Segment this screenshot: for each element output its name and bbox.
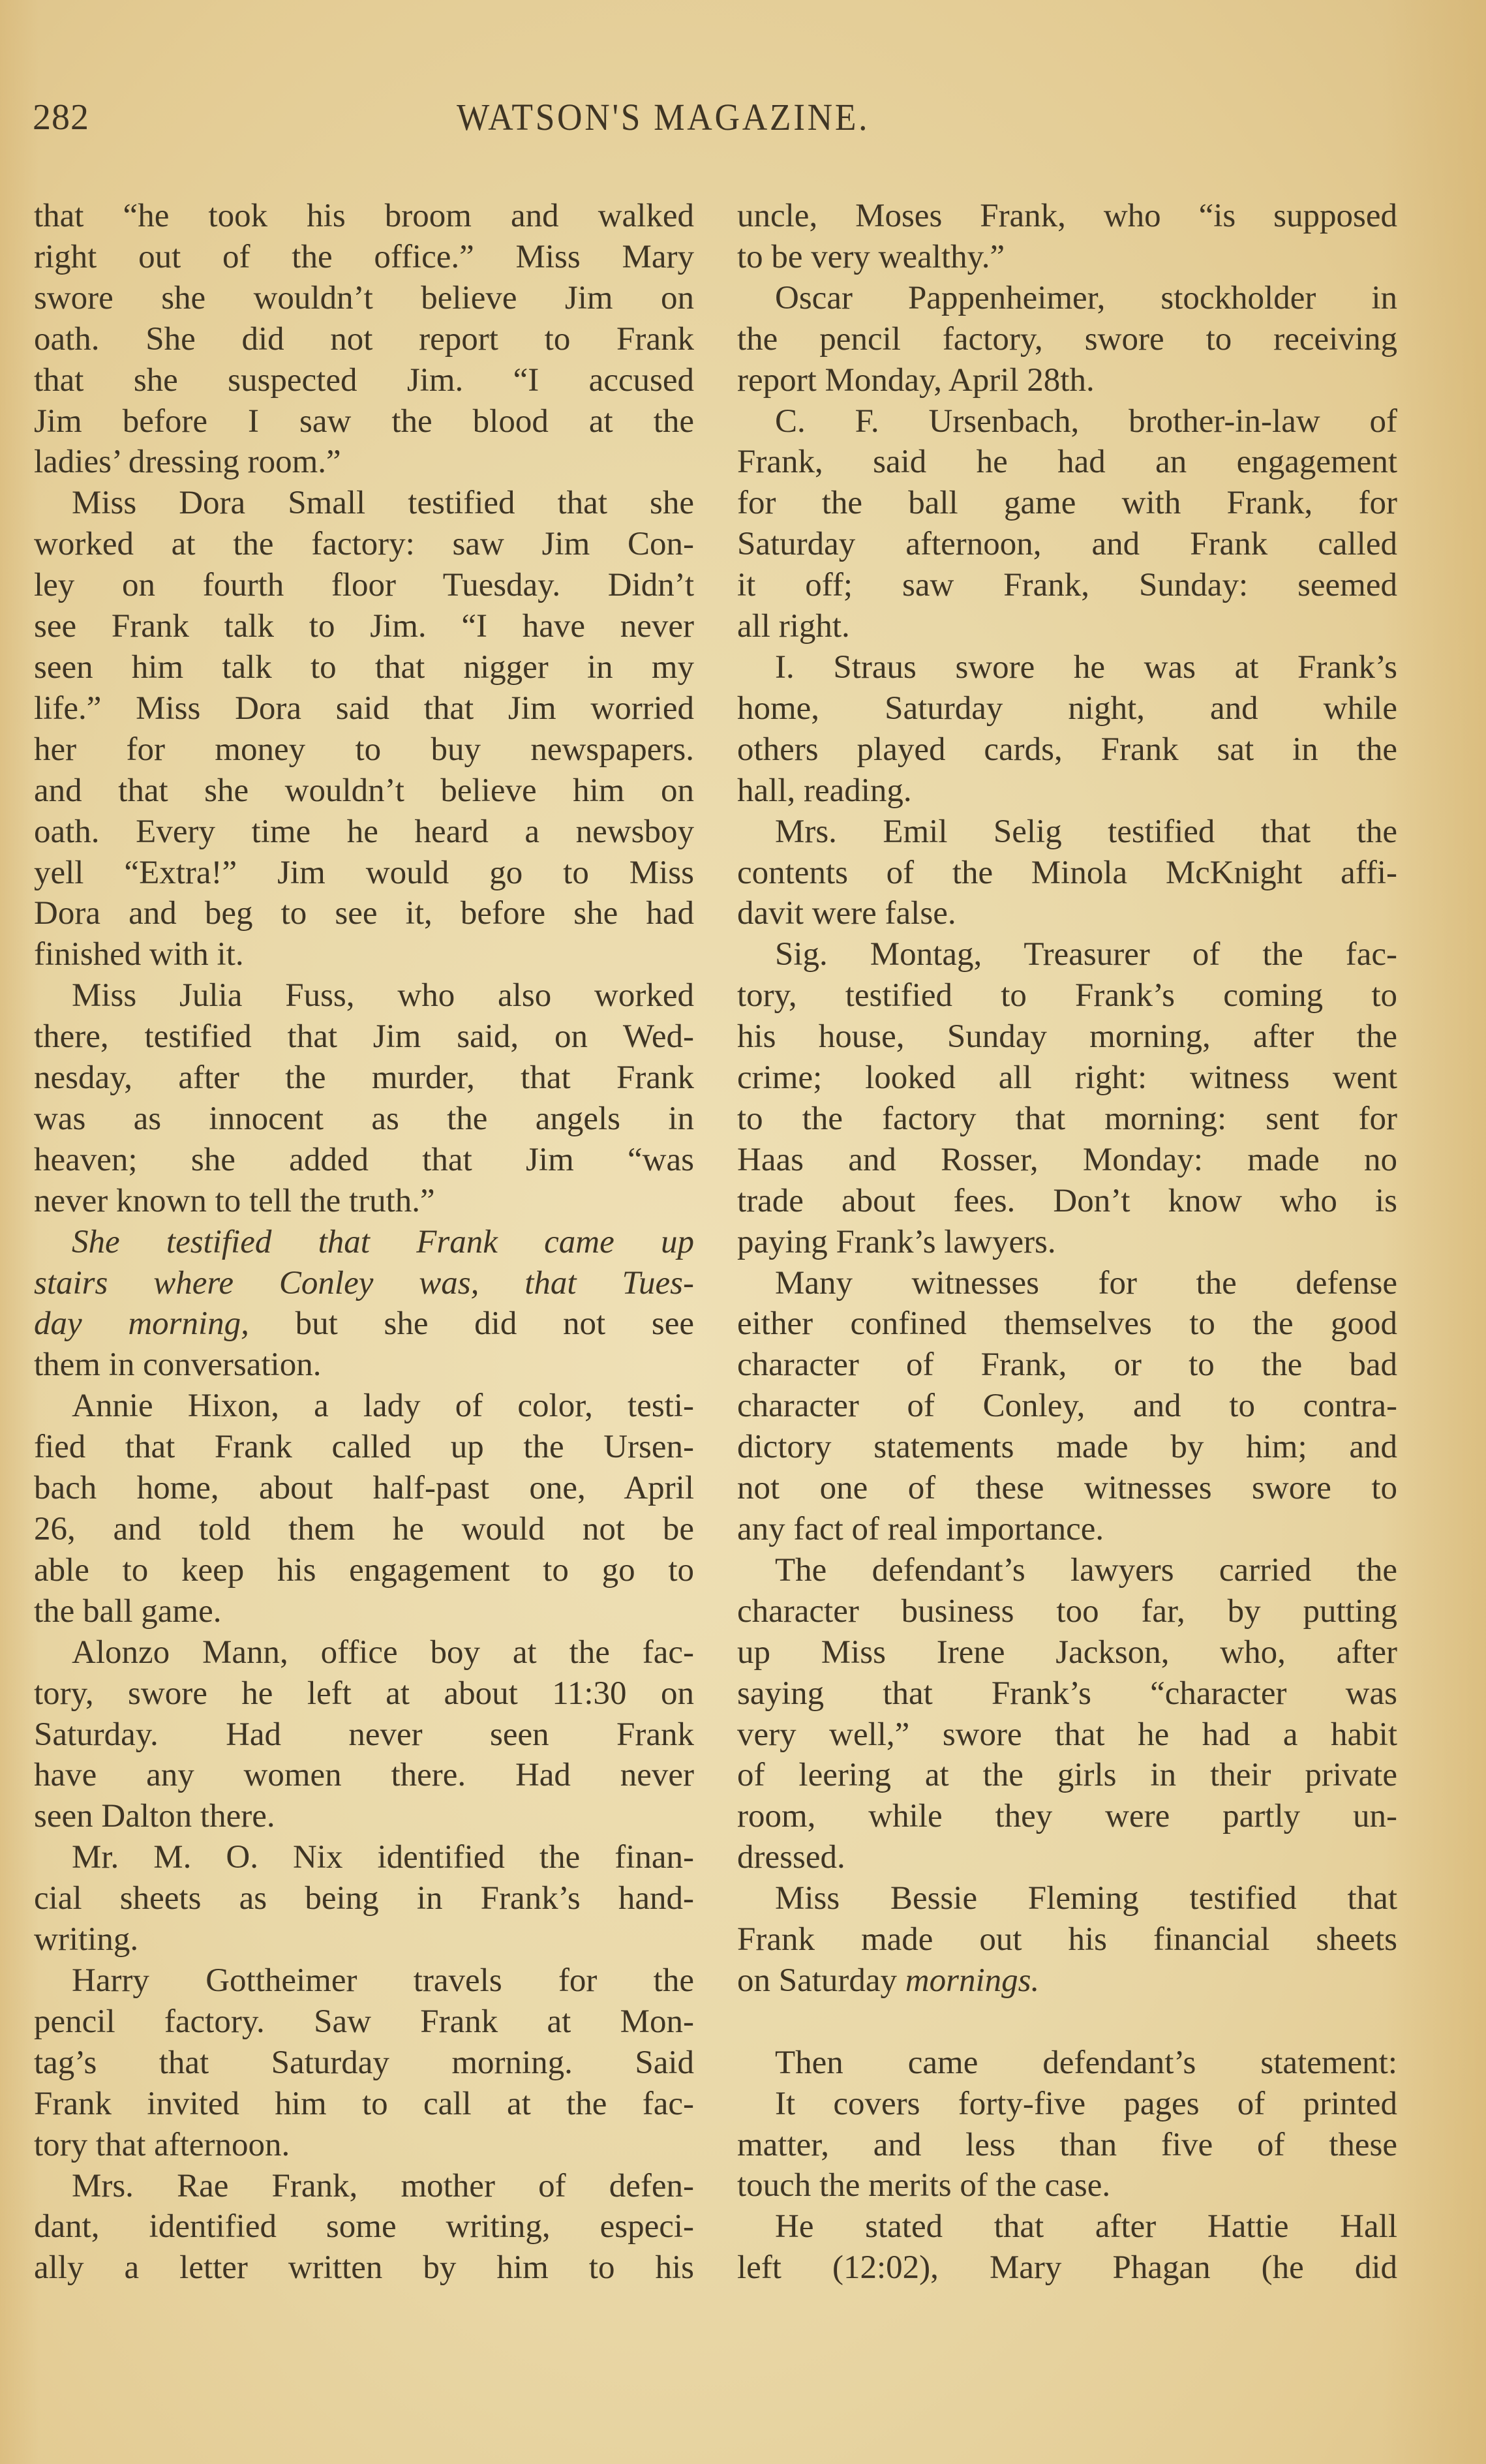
paragraph-annie-hixon: Annie Hixon, a lady of color, testi- fie… xyxy=(34,1386,694,1632)
paragraph-hattie-hall: He stated that after Hattie Hall left (1… xyxy=(737,2206,1397,2289)
text-line: tory that afternoon. xyxy=(34,2125,694,2166)
running-head: 282 WATSON'S MAGAZINE. xyxy=(33,91,1396,144)
text-line: fied that Frank called up the Ursen- xyxy=(34,1427,694,1468)
paragraph-bessie-fleming: Miss Bessie Fleming testified that Frank… xyxy=(737,1878,1397,2001)
paragraph-oscar-pappenheimer: Oscar Pappenheimer, stockholder in the p… xyxy=(737,278,1397,401)
text-line: of leering at the girls in their private xyxy=(737,1755,1397,1796)
text-line: character of Frank, or to the bad xyxy=(737,1345,1397,1386)
text-line: writing. xyxy=(34,1919,694,1960)
paragraph-harry-gottheimer: Harry Gottheimer travels for the pencil … xyxy=(34,1960,694,2166)
italic-fragment: day morning, xyxy=(34,1305,249,1342)
right-column: uncle, Moses Frank, who “is supposed to … xyxy=(737,196,1397,2289)
text-line: seen him talk to that nigger in my xyxy=(34,647,694,688)
text-line: Harry Gottheimer travels for the xyxy=(34,1960,694,2001)
text-line: hall, reading. xyxy=(737,770,1397,812)
paragraph-julia-fuss: Miss Julia Fuss, who also worked there, … xyxy=(34,975,694,1221)
text-line: contents of the Minola McKnight affi- xyxy=(737,853,1397,894)
text-line: davit were false. xyxy=(737,893,1397,934)
text-line: that “he took his broom and walked xyxy=(34,196,694,237)
text-line: it off; saw Frank, Sunday: seemed xyxy=(737,565,1397,606)
text-line: have any women there. Had never xyxy=(34,1755,694,1796)
text-line: Saturday. Had never seen Frank xyxy=(34,1714,694,1756)
text-line: up Miss Irene Jackson, who, after xyxy=(737,1632,1397,1673)
text-line: Haas and Rosser, Monday: made no xyxy=(737,1140,1397,1181)
page-edge-shadow-right xyxy=(1382,0,1486,2464)
mixed-text-line: day morning, but she did not see xyxy=(34,1303,694,1345)
text-line: Sig. Montag, Treasurer of the fac- xyxy=(737,934,1397,975)
text-line: either confined themselves to the good xyxy=(737,1303,1397,1345)
text-line: any fact of real importance. xyxy=(737,1509,1397,1550)
text-line: tory, testified to Frank’s coming to xyxy=(737,975,1397,1016)
text-line: there, testified that Jim said, on Wed- xyxy=(34,1016,694,1057)
text-line: the pencil factory, swore to receiving xyxy=(737,319,1397,360)
paragraph-rae-frank: Mrs. Rae Frank, mother of defen- dant, i… xyxy=(34,2166,694,2289)
text-line: 26, and told them he would not be xyxy=(34,1509,694,1550)
text-line: nesday, after the murder, that Frank xyxy=(34,1057,694,1099)
text-line: Saturday afternoon, and Frank called xyxy=(737,524,1397,565)
text-line: never known to tell the truth.” xyxy=(34,1181,694,1222)
text-line: uncle, Moses Frank, who “is supposed xyxy=(737,196,1397,237)
text-line: Mr. M. O. Nix identified the finan- xyxy=(34,1837,694,1878)
text-line: was as innocent as the angels in xyxy=(34,1099,694,1140)
paragraph-alonzo-mann: Alonzo Mann, office boy at the fac- tory… xyxy=(34,1632,694,1838)
text-line: yell “Extra!” Jim would go to Miss xyxy=(34,853,694,894)
text-line: seen Dalton there. xyxy=(34,1796,694,1837)
left-column: that “he took his broom and walked right… xyxy=(34,196,694,2289)
text-line: swore she wouldn’t believe Jim on xyxy=(34,278,694,319)
paragraph-straus: I. Straus swore he was at Frank’s home, … xyxy=(737,647,1397,812)
text-line: very well,” swore that he had a habit xyxy=(737,1714,1397,1756)
text-line: touch the merits of the case. xyxy=(737,2165,1397,2206)
text-line: The defendant’s lawyers carried the xyxy=(737,1550,1397,1591)
text-line: life.” Miss Dora said that Jim worried xyxy=(34,688,694,729)
paragraph-m-o-nix: Mr. M. O. Nix identified the finan- cial… xyxy=(34,1837,694,1960)
paragraph-emil-selig: Mrs. Emil Selig testified that the conte… xyxy=(737,812,1397,935)
page-number: 282 xyxy=(33,91,89,144)
paragraph-forty-five-pages: It covers forty-five pages of printed ma… xyxy=(737,2084,1397,2207)
text-line: Alonzo Mann, office boy at the fac- xyxy=(34,1632,694,1673)
text-fragment: but she did not see xyxy=(249,1305,694,1342)
text-line: for the ball game with Frank, for xyxy=(737,483,1397,524)
text-line: home, Saturday night, and while xyxy=(737,688,1397,729)
text-line: paying Frank’s lawyers. xyxy=(737,1222,1397,1263)
article-body: that “he took his broom and walked right… xyxy=(34,196,1397,2289)
text-line: his house, Sunday morning, after the xyxy=(737,1016,1397,1057)
text-line: all right. xyxy=(737,606,1397,647)
text-line: C. F. Ursenbach, brother-in-law of xyxy=(737,401,1397,442)
text-line: right out of the office.” Miss Mary xyxy=(34,237,694,278)
text-line: and that she wouldn’t believe him on xyxy=(34,770,694,812)
text-line: Frank, said he had an engagement xyxy=(737,442,1397,483)
text-line: tory, swore he left at about 11:30 on xyxy=(34,1673,694,1714)
magazine-title: WATSON'S MAGAZINE. xyxy=(457,91,870,144)
text-line: dant, identified some writing, especi- xyxy=(34,2206,694,2247)
text-line: Mrs. Emil Selig testified that the xyxy=(737,812,1397,853)
italic-fragment: mornings. xyxy=(905,1962,1039,1999)
text-line: left (12:02), Mary Phagan (he did xyxy=(737,2247,1397,2289)
text-line: Mrs. Rae Frank, mother of defen- xyxy=(34,2166,694,2207)
text-line: to be very wealthy.” xyxy=(737,237,1397,278)
text-line: Many witnesses for the defense xyxy=(737,1263,1397,1304)
text-line: her for money to buy newspapers. xyxy=(34,729,694,770)
text-line: oath. Every time he heard a newsboy xyxy=(34,812,694,853)
text-line: bach home, about half-past one, April xyxy=(34,1468,694,1509)
text-line: finished with it. xyxy=(34,934,694,975)
text-line: He stated that after Hattie Hall xyxy=(737,2206,1397,2247)
paragraph-defendants-lawyers: The defendant’s lawyers carried the char… xyxy=(737,1550,1397,1878)
text-line: them in conversation. xyxy=(34,1345,694,1386)
text-line: ley on fourth floor Tuesday. Didn’t xyxy=(34,565,694,606)
text-line: dressed. xyxy=(737,1837,1397,1878)
text-fragment: on Saturday xyxy=(737,1962,897,1999)
text-line: Dora and beg to see it, before she had xyxy=(34,893,694,934)
text-line: able to keep his engagement to go to xyxy=(34,1550,694,1591)
text-line: report Monday, April 28th. xyxy=(737,360,1397,401)
text-line: character of Conley, and to contra- xyxy=(737,1386,1397,1427)
italic-text-line: stairs where Conley was, that Tues- xyxy=(34,1263,694,1304)
text-line: not one of these witnesses swore to xyxy=(737,1468,1397,1509)
text-line: saying that Frank’s “character was xyxy=(737,1673,1397,1714)
text-line: Miss Julia Fuss, who also worked xyxy=(34,975,694,1016)
paragraph-many-witnesses: Many witnesses for the defense either co… xyxy=(737,1263,1397,1550)
text-line: Frank invited him to call at the fac- xyxy=(34,2084,694,2125)
text-line: worked at the factory: saw Jim Con- xyxy=(34,524,694,565)
paragraph-miss-mary-continued: that “he took his broom and walked right… xyxy=(34,196,694,483)
text-line: crime; looked all right: witness went xyxy=(737,1057,1397,1099)
text-line: Jim before I saw the blood at the xyxy=(34,401,694,442)
text-line: Annie Hixon, a lady of color, testi- xyxy=(34,1386,694,1427)
text-line: character business too far, by putting xyxy=(737,1591,1397,1632)
text-line: others played cards, Frank sat in the xyxy=(737,729,1397,770)
italic-text-line: She testified that Frank came up xyxy=(34,1222,694,1263)
paragraph-italic-testimony: She testified that Frank came up stairs … xyxy=(34,1222,694,1386)
mixed-text-line: on Saturday mornings. xyxy=(737,1960,1397,2001)
text-line: Oscar Pappenheimer, stockholder in xyxy=(737,278,1397,319)
text-line: the ball game. xyxy=(34,1591,694,1632)
text-line: Then came defendant’s statement: xyxy=(737,2043,1397,2084)
text-line: to the factory that morning: sent for xyxy=(737,1099,1397,1140)
text-line: It covers forty-five pages of printed xyxy=(737,2084,1397,2125)
text-line: Miss Dora Small testified that she xyxy=(34,483,694,524)
text-line: trade about fees. Don’t know who is xyxy=(737,1181,1397,1222)
text-line: Miss Bessie Fleming testified that xyxy=(737,1878,1397,1919)
text-line: ladies’ dressing room.” xyxy=(34,442,694,483)
text-line: see Frank talk to Jim. “I have never xyxy=(34,606,694,647)
paragraph-ursenbach: C. F. Ursenbach, brother-in-law of Frank… xyxy=(737,401,1397,647)
text-line: oath. She did not report to Frank xyxy=(34,319,694,360)
text-line: matter, and less than five of these xyxy=(737,2125,1397,2166)
text-line: Frank made out his financial sheets xyxy=(737,1919,1397,1960)
text-line: I. Straus swore he was at Frank’s xyxy=(737,647,1397,688)
text-line: cial sheets as being in Frank’s hand- xyxy=(34,1878,694,1919)
page-edge-shadow-left xyxy=(0,0,39,2464)
text-line: ally a letter written by him to his xyxy=(34,2247,694,2289)
paragraph-defendants-statement: Then came defendant’s statement: xyxy=(737,2043,1397,2084)
text-line: heaven; she added that Jim “was xyxy=(34,1140,694,1181)
text-line: tag’s that Saturday morning. Said xyxy=(34,2043,694,2084)
paragraph-rae-frank-continued: uncle, Moses Frank, who “is supposed to … xyxy=(737,196,1397,278)
text-line: room, while they were partly un- xyxy=(737,1796,1397,1837)
paragraph-dora-small: Miss Dora Small testified that she worke… xyxy=(34,483,694,975)
text-line: dictory statements made by him; and xyxy=(737,1427,1397,1468)
paragraph-sig-montag: Sig. Montag, Treasurer of the fac- tory,… xyxy=(737,934,1397,1262)
text-line: that she suspected Jim. “I accused xyxy=(34,360,694,401)
text-line: pencil factory. Saw Frank at Mon- xyxy=(34,2001,694,2043)
